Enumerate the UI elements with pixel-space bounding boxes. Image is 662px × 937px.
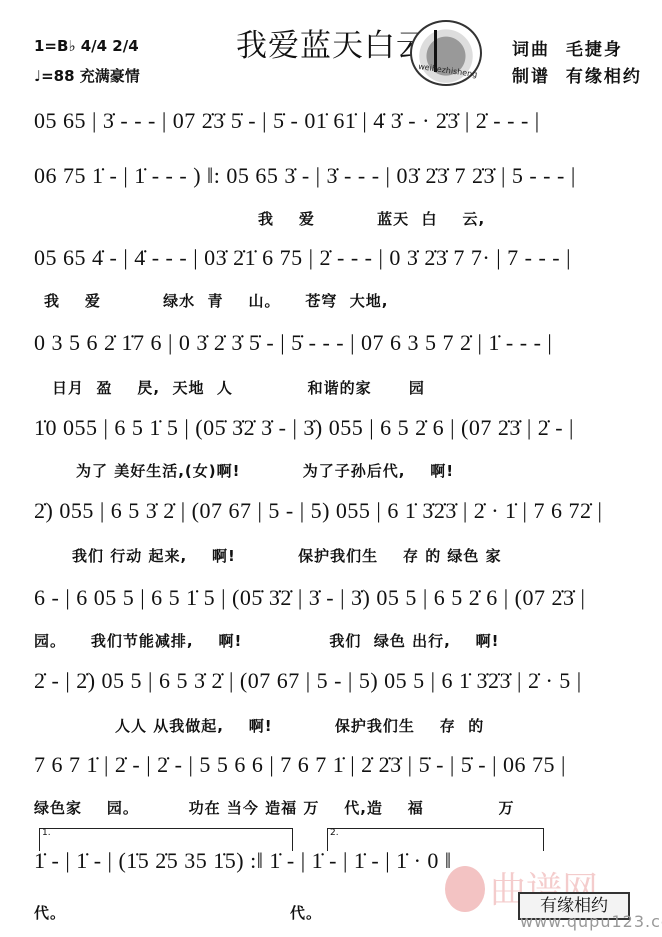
lyrics-row-9: 绿色家 园。 功在 当今 造福 万 代,造 福 万 bbox=[34, 797, 514, 818]
score-row-4: 0 3 5 6 2̇ 1̇7 6 | 0 3̇ 2̇ 3̇ 5̇ - | 5̇ … bbox=[34, 330, 552, 356]
volta-label: 1. bbox=[42, 828, 51, 838]
key-signature: 1=B♭ 4/4 2/4 bbox=[34, 37, 139, 55]
lyrics-row-8: 人人 从我做起, 啊! 保护我们生 存 的 bbox=[115, 715, 484, 736]
score-row-9: 7 6 7 1̇ | 2̇ - | 2̇ - | 5 5 6 6 | 7 6 7… bbox=[34, 752, 566, 778]
score-row-2: 06 75 1̇ - | 1̇ - - - ) ‖: 05 65 3̇ - | … bbox=[34, 163, 576, 189]
score-row-3: 05 65 4̇ - | 4̇ - - - | 03̇ 2̇1̇ 6 75 | … bbox=[34, 245, 571, 271]
credit-lyrics-music: 词曲 毛捷身 bbox=[512, 35, 623, 60]
watermark-url: www.qupu123.com bbox=[520, 912, 662, 931]
lyrics-row-10: 代。 代。 bbox=[34, 902, 322, 923]
tempo-marking: ♩=88 充满豪情 bbox=[34, 65, 140, 86]
volta-label: 2. bbox=[330, 828, 339, 838]
choir-logo: weihezhisheng bbox=[410, 20, 482, 86]
lyrics-row-3: 我 爱 绿水 青 山。 苍穹 大地, bbox=[44, 290, 388, 311]
score-row-5: 1̇0 055 | 6 5 1̇ 5 | (05̇ 3̇2̇ 3̇ - | 3̇… bbox=[34, 415, 574, 441]
score-row-10: 1̇ - | 1̇ - | (1̇5 2̇5 35 1̇5) :‖ 1̇ - |… bbox=[34, 848, 452, 874]
score-row-1: 05 65 | 3̇ - - - | 07 2̇3̇ 5̇ - | 5̇ - 0… bbox=[34, 108, 540, 134]
lyrics-row-6: 我们 行动 起来, 啊! 保护我们生 存 的 绿色 家 bbox=[72, 545, 502, 566]
score-row-7: 6 - | 6 05 5 | 6 5 1̇ 5 | (05̇ 3̇2̇ | 3̇… bbox=[34, 585, 585, 611]
score-row-6: 2̇) 055 | 6 5 3̇ 2̇ | (07 67 | 5 - | 5) … bbox=[34, 498, 602, 524]
watermark-logo-icon bbox=[445, 866, 485, 912]
credit-notation: 制谱 有缘相约 bbox=[512, 62, 642, 87]
lyrics-row-4: 日月 盈 昃, 天地 人 和谐的家 园 bbox=[52, 377, 425, 398]
lyrics-row-2: 我 爱 蓝天 白 云, bbox=[258, 208, 485, 229]
lyrics-row-7: 园。 我们节能减排, 啊! 我们 绿色 出行, 啊! bbox=[34, 630, 500, 651]
score-row-8: 2̇ - | 2̇) 05 5 | 6 5 3̇ 2̇ | (07 67 | 5… bbox=[34, 668, 582, 694]
lyrics-row-5: 为了 美好生活,(女)啊! 为了子孙后代, 啊! bbox=[76, 460, 454, 481]
song-title: 我爱蓝天白云 bbox=[236, 20, 428, 65]
